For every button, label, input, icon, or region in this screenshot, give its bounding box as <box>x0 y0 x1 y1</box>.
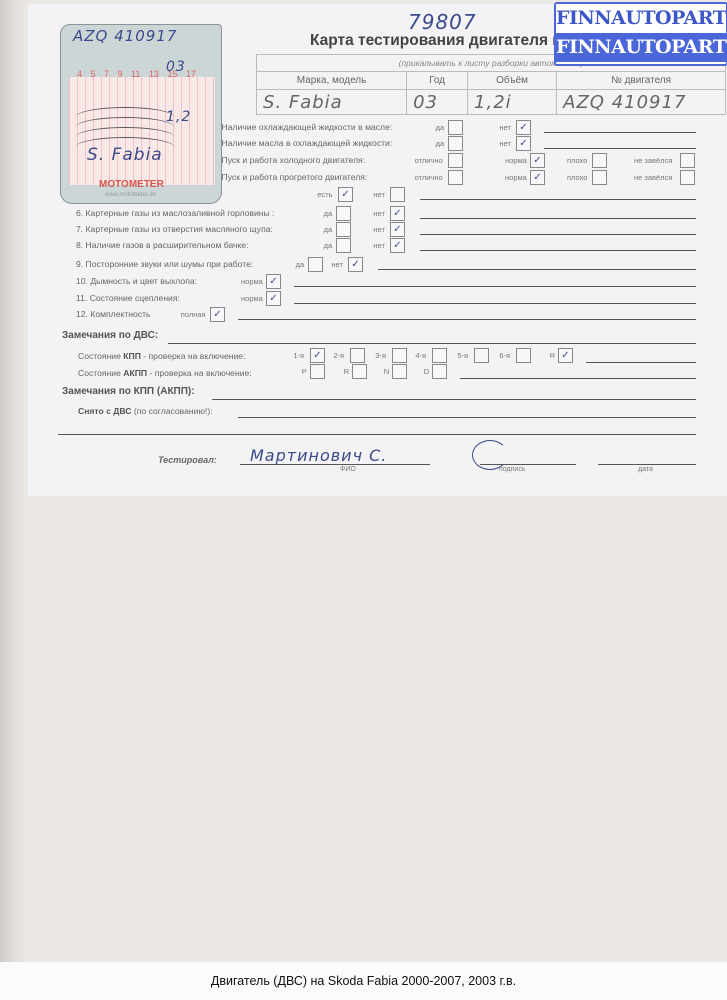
gear-checkbox[interactable] <box>392 348 407 363</box>
checklist-item-label: 7. Картерные газы из отверстия масляного… <box>76 224 273 234</box>
checkbox[interactable]: ✓ <box>516 136 531 151</box>
checkbox[interactable] <box>308 257 323 272</box>
checkbox[interactable] <box>680 153 695 168</box>
stamp-number: 79807 <box>408 10 477 34</box>
checklist-item-label: 8. Наличие газов в расширительном бачке: <box>76 240 249 250</box>
image-caption: Двигатель (ДВС) на Skoda Fabia 2000-2007… <box>0 962 727 1000</box>
gear-label: R <box>344 367 349 376</box>
option-label: нет <box>373 225 385 234</box>
card-model: S. Fabia <box>87 145 163 165</box>
gear-checkbox[interactable] <box>310 364 325 379</box>
gear-checkbox[interactable]: ✓ <box>558 348 573 363</box>
fio-label: ФИО <box>340 466 356 473</box>
value-model: S. Fabia <box>257 90 407 115</box>
gear-checkbox[interactable] <box>352 364 367 379</box>
tested-by-label: Тестировал: <box>158 455 217 465</box>
option-label: норма <box>505 156 527 165</box>
manual-gearbox-line[interactable] <box>586 362 696 363</box>
remark-line[interactable] <box>420 234 696 235</box>
signature-line[interactable] <box>480 464 576 465</box>
option-label: не завёлся <box>634 156 672 165</box>
divider <box>58 434 696 435</box>
tested-by-name: Мартинович С. <box>250 446 387 465</box>
checkbox[interactable] <box>448 170 463 185</box>
card-engine-no: AZQ 410917 <box>73 27 177 45</box>
finnautoparts-watermark: FINNAUTOPARTS FINNAUTOPARTS <box>554 2 727 66</box>
checklist-item-label: 11. Состояние сцепления: <box>76 293 180 303</box>
watermark-line1: FINNAUTOPARTS <box>556 4 726 33</box>
value-volume: 1,2i <box>468 90 557 115</box>
checklist-item-label: 4. Пуск и работа прогретого двигателя: <box>212 172 367 182</box>
option-label: нет <box>373 209 385 218</box>
remark-line[interactable] <box>294 303 696 304</box>
manual-gearbox-label: Состояние КПП - проверка на включение: <box>78 351 245 361</box>
checkbox[interactable] <box>336 238 351 253</box>
option-label: норма <box>241 294 263 303</box>
option-label: нет <box>373 190 385 199</box>
gear-checkbox[interactable] <box>516 348 531 363</box>
col-engine-no: № двигателя <box>557 72 726 90</box>
scan-edge <box>0 0 26 962</box>
option-label: нет <box>499 123 511 132</box>
scanned-page: 79807 Карта тестирования двигателя и КПП… <box>0 0 727 962</box>
checkbox[interactable]: ✓ <box>390 238 405 253</box>
option-label: да <box>296 260 305 269</box>
gear-label: 6-я <box>499 351 510 360</box>
option-label: отлично <box>415 173 443 182</box>
checkbox[interactable] <box>592 170 607 185</box>
gearbox-remarks-label: Замечания по КПП (АКПП): <box>62 386 195 397</box>
removed-line[interactable] <box>238 417 696 418</box>
gear-checkbox[interactable] <box>392 364 407 379</box>
gear-label: N <box>384 367 389 376</box>
gear-label: 3-я <box>375 351 386 360</box>
gear-label: R <box>550 351 555 360</box>
option-label: есть <box>317 190 332 199</box>
checkbox[interactable] <box>448 153 463 168</box>
date-label: дата <box>638 466 653 473</box>
option-label: нет <box>499 139 511 148</box>
remark-line[interactable] <box>238 319 696 320</box>
option-label: да <box>324 209 333 218</box>
checklist-item-label: 12. Комплектность <box>76 309 151 319</box>
checkbox[interactable]: ✓ <box>210 307 225 322</box>
option-label: не завёлся <box>634 173 672 182</box>
checkbox[interactable] <box>336 206 351 221</box>
checklist-item-label: 9. Посторонние звуки или шумы при работе… <box>76 259 253 269</box>
option-label: норма <box>505 173 527 182</box>
gear-label: 1-я <box>293 351 304 360</box>
watermark-line2: FINNAUTOPARTS <box>556 33 726 62</box>
card-year: 03 <box>166 59 186 75</box>
col-model: Марка, модель <box>257 72 407 90</box>
option-label: нет <box>331 260 343 269</box>
remark-line[interactable] <box>544 148 696 149</box>
checklist-item-label: 6. Картерные газы из маслозаливной горло… <box>76 208 274 218</box>
option-label: да <box>436 123 445 132</box>
gear-checkbox[interactable]: ✓ <box>310 348 325 363</box>
motometer-card: 4 5 7 9 11 13 15 17 AZQ 410917 03 1,2 S.… <box>60 24 222 204</box>
checklist-item-label: 3. Пуск и работа холодного двигателя: <box>212 155 365 165</box>
card-brand: MOTOMETER <box>99 179 164 190</box>
checkbox[interactable] <box>336 222 351 237</box>
option-label: отлично <box>415 156 443 165</box>
fio-line[interactable] <box>240 464 430 465</box>
gear-label: P <box>302 367 307 376</box>
remark-line[interactable] <box>378 269 696 270</box>
checkbox[interactable] <box>390 187 405 202</box>
remark-line[interactable] <box>420 250 696 251</box>
remark-line[interactable] <box>420 218 696 219</box>
gear-label: 4-я <box>415 351 426 360</box>
checkbox[interactable] <box>680 170 695 185</box>
checklist-item-label: 10. Дымность и цвет выхлопа: <box>76 276 197 286</box>
checkbox[interactable]: ✓ <box>390 206 405 221</box>
value-engine-no: AZQ 410917 <box>557 90 726 115</box>
card-volume: 1,2 <box>166 109 191 125</box>
remark-line[interactable] <box>294 286 696 287</box>
checkbox[interactable]: ✓ <box>266 291 281 306</box>
gear-label: 5-я <box>457 351 468 360</box>
date-line[interactable] <box>598 464 696 465</box>
card-url: www.motometer.de <box>105 192 156 198</box>
checklist-item-label: 2. Наличие масла в охлаждающей жидкости: <box>212 138 392 148</box>
checkbox[interactable] <box>592 153 607 168</box>
gear-label: D <box>424 367 429 376</box>
checkbox[interactable]: ✓ <box>530 153 545 168</box>
value-year: 03 <box>407 90 468 115</box>
removed-label: Снято с ДВС (по согласованию!): <box>78 406 213 416</box>
auto-gearbox-label: Состояние АКПП - проверка на включение: <box>78 368 252 378</box>
gear-label: 2-я <box>333 351 344 360</box>
gear-checkbox[interactable] <box>432 348 447 363</box>
checklist-item-label: 1. Наличие охлаждающей жидкости в масле: <box>212 122 392 132</box>
gear-checkbox[interactable] <box>350 348 365 363</box>
gear-checkbox[interactable] <box>432 364 447 379</box>
option-label: плохо <box>567 173 587 182</box>
remark-line[interactable] <box>544 132 696 133</box>
option-label: да <box>324 241 333 250</box>
option-label: да <box>324 225 333 234</box>
engine-remarks-label: Замечания по ДВС: <box>62 330 158 341</box>
option-label: нет <box>373 241 385 250</box>
checkbox[interactable]: ✓ <box>266 274 281 289</box>
signature-label: подпись <box>499 466 525 473</box>
gear-checkbox[interactable] <box>474 348 489 363</box>
checkbox[interactable] <box>448 120 463 135</box>
checkbox[interactable]: ✓ <box>338 187 353 202</box>
checkbox[interactable]: ✓ <box>348 257 363 272</box>
engine-remarks-line[interactable] <box>168 343 696 344</box>
col-volume: Объём <box>468 72 557 90</box>
option-label: плохо <box>567 156 587 165</box>
remark-line[interactable] <box>420 199 696 200</box>
col-year: Год <box>407 72 468 90</box>
gearbox-remarks-line[interactable] <box>212 399 696 400</box>
auto-gearbox-line[interactable] <box>460 378 696 379</box>
checkbox[interactable]: ✓ <box>390 222 405 237</box>
checkbox[interactable] <box>448 136 463 151</box>
option-label: норма <box>241 277 263 286</box>
checkbox[interactable]: ✓ <box>530 170 545 185</box>
checkbox[interactable]: ✓ <box>516 120 531 135</box>
option-label: полная <box>181 310 206 319</box>
option-label: да <box>436 139 445 148</box>
